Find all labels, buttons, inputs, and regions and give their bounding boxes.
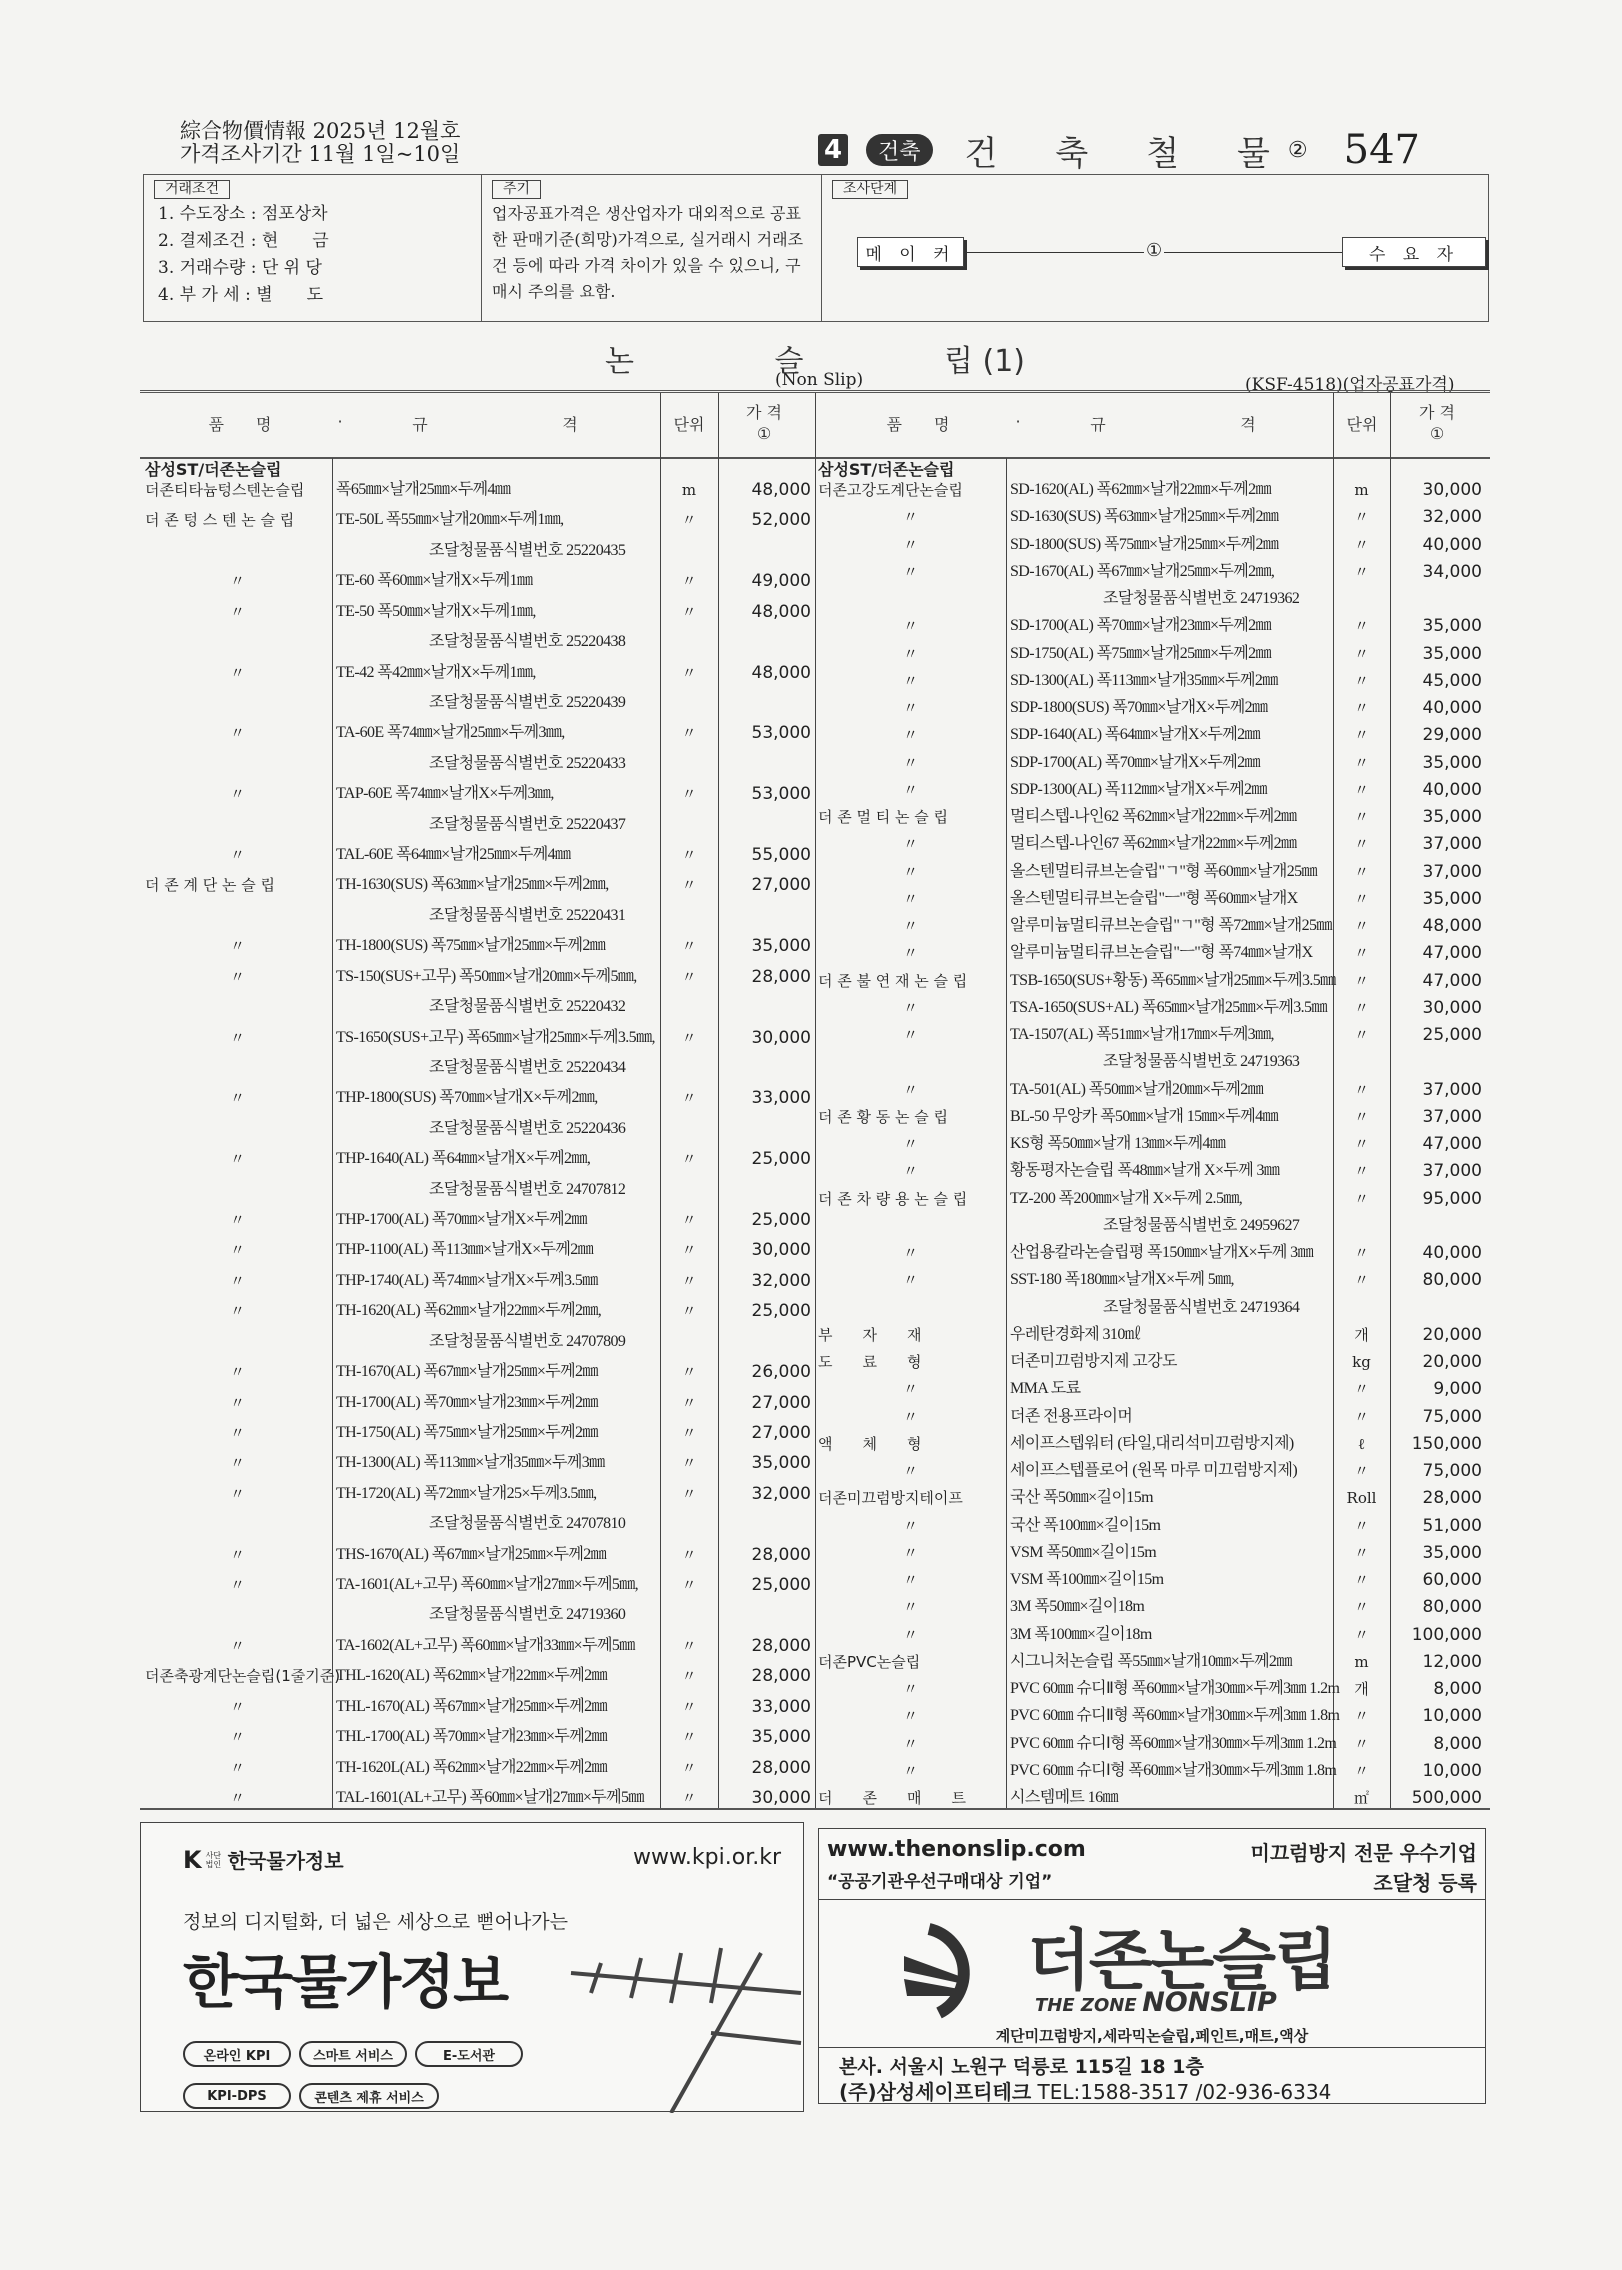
item-spec: THS-1670(AL) 폭67㎜×날개25㎜×두께2㎜ xyxy=(336,1545,606,1565)
item-spec: MMA 도료 xyxy=(1010,1379,1080,1399)
title-char: 논 xyxy=(605,336,634,380)
item-name: 〃 xyxy=(145,723,330,743)
item-spec: 멀티스텝-나인62 폭62㎜×날개22㎜×두께2㎜ xyxy=(1010,807,1296,827)
item-unit: 〃 xyxy=(660,1393,718,1413)
item-name: 액 체 형 xyxy=(818,1434,1003,1454)
item-name: 〃 xyxy=(818,998,1003,1018)
item-price: 27,000 xyxy=(718,875,811,895)
stage-marker: ① xyxy=(1144,240,1164,261)
item-spec: TH-1630(SUS) 폭63㎜×날개25㎜×두께2㎜, xyxy=(336,875,609,895)
item-price: 27,000 xyxy=(718,1393,811,1413)
kpi-logo: K 사단법인 한국물가정보 xyxy=(183,1845,344,1874)
item-price: 26,000 xyxy=(718,1362,811,1382)
item-unit: 〃 xyxy=(1333,1597,1390,1617)
item-name: 〃 xyxy=(818,562,1003,582)
item-price: 500,000 xyxy=(1390,1788,1482,1808)
item-unit: 〃 xyxy=(660,967,718,987)
item-price: 75,000 xyxy=(1390,1461,1482,1481)
item-spec: TA-60E 폭74㎜×날개25㎜×두께3㎜, xyxy=(336,723,565,743)
item-unit: 〃 xyxy=(660,1301,718,1321)
item-price: 80,000 xyxy=(1390,1597,1482,1617)
item-name: 〃 xyxy=(818,1461,1003,1481)
item-unit: 〃 xyxy=(660,1423,718,1443)
item-spec: TH-1300(AL) 폭113㎜×날개35㎜×두께3㎜ xyxy=(336,1453,605,1473)
item-name: 〃 xyxy=(818,535,1003,555)
header-price: 가 격 xyxy=(1391,400,1483,423)
item-spec: 더존미끄럼방지제 고강도 xyxy=(1010,1352,1177,1372)
nonslip-ad-top: www.thenonslip.com “공공기관우선구매대상 기업” 미끄럼방지… xyxy=(819,1829,1485,1900)
item-spec: TA-1602(AL+고무) 폭60㎜×날개33㎜×두께5㎜ xyxy=(336,1636,635,1656)
item-price: 25,000 xyxy=(718,1301,811,1321)
survey-stage: 조사단계 메 이 커 ① 수 요 자 xyxy=(822,175,1488,321)
item-name: 〃 xyxy=(145,663,330,683)
item-price: 95,000 xyxy=(1390,1189,1482,1209)
item-unit: 〃 xyxy=(1333,1161,1390,1181)
publication-title: 綜合物價情報 2025년 12월호 xyxy=(180,120,460,143)
item-name: 〃 xyxy=(145,1484,330,1504)
item-name: 〃 xyxy=(145,1545,330,1565)
item-unit: 〃 xyxy=(660,1453,718,1473)
item-price: 35,000 xyxy=(1390,1543,1482,1563)
item-unit: 〃 xyxy=(1333,1407,1390,1427)
item-unit: ℓ xyxy=(1333,1434,1390,1454)
item-spec: TS-150(SUS+고무) 폭50㎜×날개20㎜×두께5㎜, xyxy=(336,967,637,987)
item-name: 〃 xyxy=(818,753,1003,773)
item-name: 〃 xyxy=(818,1270,1003,1290)
item-price: 28,000 xyxy=(718,967,811,987)
item-spec: THL-1670(AL) 폭67㎜×날개25㎜×두께2㎜ xyxy=(336,1697,607,1717)
item-price: 32,000 xyxy=(718,1271,811,1291)
survey-stage-label: 조사단계 xyxy=(832,180,908,199)
procurement-id: 조달청물품식별번호 24707809 xyxy=(429,1332,625,1352)
trade-condition-item: 3. 거래수량 : 단 위 당 xyxy=(158,255,481,282)
item-spec: 더존 전용프라이머 xyxy=(1010,1407,1132,1427)
item-spec: TS-1650(SUS+고무) 폭65㎜×날개25㎜×두께3.5㎜, xyxy=(336,1028,655,1048)
item-unit: 〃 xyxy=(1333,753,1390,773)
column-divider xyxy=(332,458,333,1808)
item-spec: SDP-1640(AL) 폭64㎜×날개X×두께2㎜ xyxy=(1010,725,1260,745)
item-unit: 〃 xyxy=(1333,1379,1390,1399)
item-price: 35,000 xyxy=(1390,616,1482,636)
item-unit: 〃 xyxy=(1333,725,1390,745)
header-unit: 단위 xyxy=(1333,412,1391,435)
item-price: 80,000 xyxy=(1390,1270,1482,1290)
item-unit: 〃 xyxy=(1333,1134,1390,1154)
item-name: 〃 xyxy=(818,698,1003,718)
item-unit: 개 xyxy=(1333,1679,1390,1699)
kpi-service-button[interactable]: E-도서관 xyxy=(415,2041,523,2067)
item-price: 20,000 xyxy=(1390,1352,1482,1372)
item-name: 〃 xyxy=(818,1570,1003,1590)
item-spec: TH-1700(AL) 폭70㎜×날개23㎜×두께2㎜ xyxy=(336,1393,598,1413)
item-unit: 〃 xyxy=(1333,1543,1390,1563)
item-unit: 〃 xyxy=(1333,807,1390,827)
item-spec: SD-1700(AL) 폭70㎜×날개23㎜×두께2㎜ xyxy=(1010,616,1271,636)
item-name: 〃 xyxy=(818,1161,1003,1181)
section-title: 건축철물 xyxy=(965,126,1328,175)
item-name: 〃 xyxy=(145,1636,330,1656)
kpi-url[interactable]: www.kpi.or.kr xyxy=(633,1845,781,1870)
item-spec: SD-1750(AL) 폭75㎜×날개25㎜×두께2㎜ xyxy=(1010,644,1271,664)
item-spec: 세이프스텝플로어 (원목 마루 미끄럼방지제) xyxy=(1010,1461,1297,1481)
item-price: 32,000 xyxy=(718,1484,811,1504)
item-price: 28,000 xyxy=(718,1758,811,1778)
maker-box: 메 이 커 xyxy=(857,237,964,267)
item-spec: KS형 폭50㎜×날개 13㎜×두께4㎜ xyxy=(1010,1134,1225,1154)
item-price: 53,000 xyxy=(718,784,811,804)
item-price: 51,000 xyxy=(1390,1516,1482,1536)
procurement-id: 조달청물품식별번호 25220438 xyxy=(429,632,625,652)
item-price: 52,000 xyxy=(718,510,811,530)
header-spec-a: 규 xyxy=(400,412,440,435)
item-name: 〃 xyxy=(818,1761,1003,1781)
procurement-id: 조달청물품식별번호 24707810 xyxy=(429,1514,625,1534)
item-price: 55,000 xyxy=(718,845,811,865)
item-unit: 〃 xyxy=(660,1362,718,1382)
item-price: 40,000 xyxy=(1390,535,1482,555)
item-unit: kg xyxy=(1333,1352,1390,1372)
item-unit: 〃 xyxy=(660,1240,718,1260)
item-name: 〃 xyxy=(818,1625,1003,1645)
item-price: 25,000 xyxy=(718,1210,811,1230)
item-spec: TH-1620(AL) 폭62㎜×날개22㎜×두께2㎜, xyxy=(336,1301,601,1321)
item-name: 〃 xyxy=(818,1597,1003,1617)
item-spec: TAL-60E 폭64㎜×날개25㎜×두께4㎜ xyxy=(336,845,570,865)
item-spec: SDP-1800(SUS) 폭70㎜×날개X×두께2㎜ xyxy=(1010,698,1267,718)
item-name: 〃 xyxy=(145,1788,330,1808)
procurement-id: 조달청물품식별번호 24719360 xyxy=(429,1605,625,1625)
item-name: 〃 xyxy=(145,1575,330,1595)
item-name: 〃 xyxy=(145,1423,330,1443)
procurement-id: 조달청물품식별번호 25220434 xyxy=(429,1058,625,1078)
kpi-logo-mark: K xyxy=(183,1846,202,1874)
item-spec: 알루미늄멀티큐브논슬립"ㄱ"형 폭72㎜×날개25㎜ xyxy=(1010,916,1332,936)
item-spec: THP-1800(SUS) 폭70㎜×날개X×두께2㎜, xyxy=(336,1088,598,1108)
item-price: 30,000 xyxy=(718,1788,811,1808)
kpi-advertisement[interactable]: K 사단법인 한국물가정보 www.kpi.or.kr 정보의 디지털화, 더 … xyxy=(140,1822,804,2112)
section-header: 4 건축 건축철물 ② 547 xyxy=(818,126,1420,174)
item-unit: 〃 xyxy=(660,784,718,804)
item-spec: THP-1740(AL) 폭74㎜×날개X×두께3.5㎜ xyxy=(336,1271,598,1291)
item-name: 도 료 형 xyxy=(818,1352,1003,1372)
item-spec: THL-1700(AL) 폭70㎜×날개23㎜×두께2㎜ xyxy=(336,1727,607,1747)
item-unit: 〃 xyxy=(1333,671,1390,691)
item-unit: 〃 xyxy=(1333,698,1390,718)
item-price: 60,000 xyxy=(1390,1570,1482,1590)
trade-conditions-list: 1. 수도장소 : 점포상차2. 결제조건 : 현 금3. 거래수량 : 단 위… xyxy=(158,201,481,309)
item-spec: TH-1620L(AL) 폭62㎜×날개22㎜×두께2㎜ xyxy=(336,1758,607,1778)
item-name: 더존축광계단논슬립(1줄기준) xyxy=(145,1666,330,1686)
item-name: 〃 xyxy=(145,967,330,987)
item-spec: 폭65㎜×날개25㎜×두께4㎜ xyxy=(336,480,510,500)
manufacturer-group: 삼성ST/더존논슬립 xyxy=(145,460,281,480)
item-unit: 〃 xyxy=(660,602,718,622)
item-name: 〃 xyxy=(818,1379,1003,1399)
item-name: 〃 xyxy=(818,1706,1003,1726)
item-price: 28,000 xyxy=(718,1636,811,1656)
item-spec: TZ-200 폭200㎜×날개 X×두께 2.5㎜, xyxy=(1010,1189,1242,1209)
item-price: 47,000 xyxy=(1390,943,1482,963)
item-spec: 세이프스텝워터 (타일,대리석미끄럼방지제) xyxy=(1010,1434,1294,1454)
item-price: 35,000 xyxy=(718,1727,811,1747)
item-name: 더 존 텅 스 텐 논 슬 립 xyxy=(145,510,330,530)
item-spec: THP-1100(AL) 폭113㎜×날개X×두께2㎜ xyxy=(336,1240,593,1260)
procurement-id: 조달청물품식별번호 25220433 xyxy=(429,754,625,774)
item-name: 〃 xyxy=(145,1697,330,1717)
item-name: 더 존 멀 티 논 슬 립 xyxy=(818,807,1003,827)
item-price: 37,000 xyxy=(1390,862,1482,882)
nonslip-url[interactable]: www.thenonslip.com xyxy=(827,1837,1086,1862)
item-unit: 〃 xyxy=(1333,780,1390,800)
kpi-logo-text: 한국물가정보 xyxy=(228,1845,344,1874)
title-english: (Non Slip) xyxy=(775,370,863,390)
item-spec: PVC 60㎜ 슈디Ⅰ형 폭60㎜×날개30㎜×두께3㎜ 1.2m xyxy=(1010,1734,1336,1754)
item-name: 〃 xyxy=(818,1734,1003,1754)
item-price: 33,000 xyxy=(718,1697,811,1717)
item-unit: 〃 xyxy=(1333,1625,1390,1645)
item-spec: PVC 60㎜ 슈디Ⅰ형 폭60㎜×날개30㎜×두께3㎜ 1.8m xyxy=(1010,1761,1336,1781)
item-name: 더존티타늄텅스텐논슬립 xyxy=(145,480,330,500)
procurement-id: 조달청물품식별번호 24719363 xyxy=(1103,1052,1299,1072)
item-price: 12,000 xyxy=(1390,1652,1482,1672)
item-spec: THP-1640(AL) 폭64㎜×날개X×두께2㎜, xyxy=(336,1149,590,1169)
item-spec: 알루미늄멀티큐브논슬립"ㅡ"형 폭74㎜×날개X xyxy=(1010,943,1313,963)
section-number: 4 xyxy=(818,134,848,166)
item-unit: 〃 xyxy=(1333,862,1390,882)
item-spec: SD-1630(SUS) 폭63㎜×날개25㎜×두께2㎜ xyxy=(1010,507,1278,527)
item-name: 〃 xyxy=(145,1028,330,1048)
item-price: 10,000 xyxy=(1390,1706,1482,1726)
item-spec: 올스텐멀티큐브논슬립"ㄱ"형 폭60㎜×날개25㎜ xyxy=(1010,862,1317,882)
nonslip-products: 계단미끄럼방지,세라믹논슬립,페인트,매트,액상 xyxy=(819,2025,1485,2046)
publication-header: 綜合物價情報 2025년 12월호 가격조사기간 11월 1일~10일 xyxy=(180,120,460,166)
item-unit: 〃 xyxy=(660,1271,718,1291)
item-unit: 〃 xyxy=(660,1758,718,1778)
nonslip-logo-icon xyxy=(899,1921,999,2021)
item-unit: 〃 xyxy=(1333,1189,1390,1209)
item-unit: 〃 xyxy=(660,510,718,530)
item-unit: 〃 xyxy=(1333,1516,1390,1536)
item-spec: TH-1720(AL) 폭72㎜×날개25×두께3.5㎜, xyxy=(336,1484,597,1504)
item-spec: 멀티스텝-나인67 폭62㎜×날개22㎜×두께2㎜ xyxy=(1010,834,1296,854)
kpi-service-button[interactable]: 스마트 서비스 xyxy=(299,2041,407,2067)
section-sub-number: ② xyxy=(1288,138,1308,163)
kpi-service-button[interactable]: KPI-DPS xyxy=(183,2083,291,2109)
page-number: 547 xyxy=(1344,127,1420,173)
item-price: 35,000 xyxy=(1390,644,1482,664)
procurement-id: 조달청물품식별번호 25220432 xyxy=(429,997,625,1017)
item-price: 40,000 xyxy=(1390,780,1482,800)
kpi-service-button[interactable]: 콘텐츠 제휴 서비스 xyxy=(299,2083,439,2109)
item-spec: BL-50 무앙카 폭50㎜×날개 15㎜×두께4㎜ xyxy=(1010,1107,1278,1127)
item-unit: 〃 xyxy=(660,663,718,683)
column-divider xyxy=(1390,393,1391,1808)
item-name: 〃 xyxy=(818,862,1003,882)
item-name: 더 존 매 트 xyxy=(818,1788,1003,1808)
procurement-id: 조달청물품식별번호 24959627 xyxy=(1103,1216,1299,1236)
item-spec: TH-1670(AL) 폭67㎜×날개25㎜×두께2㎜ xyxy=(336,1362,598,1382)
item-price: 20,000 xyxy=(1390,1325,1482,1345)
header-name: 품 명 xyxy=(180,412,300,435)
item-price: 30,000 xyxy=(1390,480,1482,500)
item-unit: 〃 xyxy=(660,1666,718,1686)
column-divider xyxy=(1333,393,1334,1808)
item-unit: m xyxy=(1333,480,1390,500)
item-spec: SDP-1700(AL) 폭70㎜×날개X×두께2㎜ xyxy=(1010,753,1260,773)
item-spec: TH-1800(SUS) 폭75㎜×날개25㎜×두께2㎜ xyxy=(336,936,605,956)
item-name: 〃 xyxy=(818,1679,1003,1699)
item-spec: 3M 폭50㎜×길이18m xyxy=(1010,1597,1144,1617)
item-spec: SD-1300(AL) 폭113㎜×날개35㎜×두께2㎜ xyxy=(1010,671,1278,691)
item-spec: TE-50L 폭55㎜×날개20㎜×두께1㎜, xyxy=(336,510,564,530)
header-price-sub: ① xyxy=(1391,424,1483,443)
item-name: 〃 xyxy=(145,1149,330,1169)
item-name: 〃 xyxy=(818,1080,1003,1100)
item-unit: 〃 xyxy=(1333,1570,1390,1590)
item-spec: TA-1507(AL) 폭51㎜×날개17㎜×두께3㎜, xyxy=(1010,1025,1274,1045)
kpi-service-buttons: 온라인 KPI스마트 서비스E-도서관KPI-DPS콘텐츠 제휴 서비스 xyxy=(183,2041,553,2109)
item-spec: PVC 60㎜ 슈디Ⅱ형 폭60㎜×날개30㎜×두께3㎜ 1.8m xyxy=(1010,1706,1339,1726)
item-name: 부 자 재 xyxy=(818,1325,1003,1345)
item-unit: 〃 xyxy=(1333,1270,1390,1290)
nonslip-company: (주)삼성세이프티테크 xyxy=(839,2080,1031,2104)
item-name: 〃 xyxy=(145,1271,330,1291)
item-spec: SD-1670(AL) 폭67㎜×날개25㎜×두께2㎜, xyxy=(1010,562,1274,582)
procurement-id: 조달청물품식별번호 25220437 xyxy=(429,815,625,835)
item-price: 47,000 xyxy=(1390,971,1482,991)
item-spec: 산업용칼라논슬립평 폭150㎜×날개X×두께 3㎜ xyxy=(1010,1243,1313,1263)
item-unit: 〃 xyxy=(1333,998,1390,1018)
item-price: 30,000 xyxy=(1390,998,1482,1018)
item-price: 30,000 xyxy=(718,1240,811,1260)
item-unit: 〃 xyxy=(1333,889,1390,909)
item-price: 9,000 xyxy=(1390,1379,1482,1399)
item-name: 〃 xyxy=(145,1240,330,1260)
conditions-box: 거래조건 1. 수도장소 : 점포상차2. 결제조건 : 현 금3. 거래수량 … xyxy=(143,174,1489,322)
item-unit: 〃 xyxy=(1333,916,1390,936)
nonslip-badge-excellent: 미끄럼방지 전문 우수기업 xyxy=(1251,1837,1477,1866)
item-name: 〃 xyxy=(818,1407,1003,1427)
header-unit: 단위 xyxy=(660,412,718,435)
item-name: 〃 xyxy=(818,780,1003,800)
consumer-box: 수 요 자 xyxy=(1342,237,1486,267)
item-unit: 〃 xyxy=(1333,1461,1390,1481)
brand-en-b: NONSLIP xyxy=(1142,1987,1277,2018)
item-unit: 〃 xyxy=(1333,507,1390,527)
item-unit: 〃 xyxy=(1333,1243,1390,1263)
item-unit: 〃 xyxy=(1333,1761,1390,1781)
item-unit: Roll xyxy=(1333,1488,1390,1508)
nonslip-advertisement[interactable]: www.thenonslip.com “공공기관우선구매대상 기업” 미끄럼방지… xyxy=(818,1828,1486,2104)
item-name: 〃 xyxy=(818,943,1003,963)
item-price: 37,000 xyxy=(1390,1080,1482,1100)
item-spec: PVC 60㎜ 슈디Ⅱ형 폭60㎜×날개30㎜×두께3㎜ 1.2m xyxy=(1010,1679,1339,1699)
item-name: 더존미끄럼방지테이프 xyxy=(818,1488,1003,1508)
item-name: 〃 xyxy=(145,1088,330,1108)
kpi-tagline: 정보의 디지털화, 더 넓은 세상으로 뻗어나가는 xyxy=(183,1907,568,1934)
item-unit: 〃 xyxy=(660,1210,718,1230)
nonslip-contact: (주)삼성세이프티테크 TEL:1588-3517 /02-936-6334 xyxy=(839,2076,1331,2105)
item-unit: 〃 xyxy=(660,1788,718,1808)
item-unit: 〃 xyxy=(660,1028,718,1048)
item-name: 〃 xyxy=(145,1453,330,1473)
trade-condition-item: 1. 수도장소 : 점포상차 xyxy=(158,201,481,228)
item-spec: TH-1750(AL) 폭75㎜×날개25㎜×두께2㎜ xyxy=(336,1423,598,1443)
item-name: 〃 xyxy=(145,602,330,622)
item-name: 더 존 불 연 재 논 슬 립 xyxy=(818,971,1003,991)
item-price: 27,000 xyxy=(718,1423,811,1443)
item-name: 〃 xyxy=(145,1393,330,1413)
item-name: 〃 xyxy=(818,725,1003,745)
item-unit: 〃 xyxy=(1333,1706,1390,1726)
item-name: 〃 xyxy=(818,1025,1003,1045)
item-price: 35,000 xyxy=(1390,753,1482,773)
note-section: 주기 업자공표가격은 생산업자가 대외적으로 공표한 판매기준(희망)가격으로,… xyxy=(482,175,822,321)
note-label: 주기 xyxy=(492,180,541,199)
item-unit: m xyxy=(1333,1652,1390,1672)
header-dot: · xyxy=(330,412,350,431)
item-unit: 〃 xyxy=(660,1636,718,1656)
item-price: 150,000 xyxy=(1390,1434,1482,1454)
item-name: 더 존 황 동 논 슬 립 xyxy=(818,1107,1003,1127)
item-spec: TE-42 폭42㎜×날개X×두께1㎜, xyxy=(336,663,536,683)
item-unit: 〃 xyxy=(1333,644,1390,664)
item-name: 〃 xyxy=(145,1362,330,1382)
item-spec: SST-180 폭180㎜×날개X×두께 5㎜, xyxy=(1010,1270,1234,1290)
header-dot: · xyxy=(1008,412,1028,431)
item-name: 〃 xyxy=(818,1134,1003,1154)
item-spec: 시그니처논슬립 폭55㎜×날개10㎜×두께2㎜ xyxy=(1010,1652,1292,1672)
item-price: 28,000 xyxy=(718,1545,811,1565)
item-name: 〃 xyxy=(818,1516,1003,1536)
manufacturer-group: 삼성ST/더존논슬립 xyxy=(818,460,954,480)
item-unit: 〃 xyxy=(1333,1080,1390,1100)
item-name: 더 존 계 단 논 슬 립 xyxy=(145,875,330,895)
item-unit: 〃 xyxy=(660,1088,718,1108)
item-name: 〃 xyxy=(145,845,330,865)
table-bottom-rule xyxy=(140,1808,1490,1810)
item-name: 〃 xyxy=(818,507,1003,527)
item-spec: VSM 폭50㎜×길이15m xyxy=(1010,1543,1156,1563)
nonslip-tel: TEL:1588-3517 /02-936-6334 xyxy=(1038,2080,1332,2104)
item-name: 〃 xyxy=(145,1210,330,1230)
item-price: 10,000 xyxy=(1390,1761,1482,1781)
item-unit: 〃 xyxy=(660,1484,718,1504)
item-spec: TE-50 폭50㎜×날개X×두께1㎜, xyxy=(336,602,536,622)
item-price: 48,000 xyxy=(1390,916,1482,936)
procurement-id: 조달청물품식별번호 24719362 xyxy=(1103,589,1299,609)
nonslip-address: 본사. 서울시 노원구 덕릉로 115길 18 1층 xyxy=(839,2052,1204,2079)
item-unit: 〃 xyxy=(660,875,718,895)
item-unit: ㎡ xyxy=(1333,1788,1390,1808)
item-name: 〃 xyxy=(145,1758,330,1778)
antenna-illustration-icon xyxy=(561,1933,805,2113)
item-price: 47,000 xyxy=(1390,1134,1482,1154)
kpi-service-button[interactable]: 온라인 KPI xyxy=(183,2041,291,2067)
item-spec: 올스텐멀티큐브논슬립"ㅡ"형 폭60㎜×날개X xyxy=(1010,889,1298,909)
header-price-sub: ① xyxy=(718,424,810,443)
item-price: 40,000 xyxy=(1390,698,1482,718)
item-spec: 국산 폭50㎜×길이15m xyxy=(1010,1488,1153,1508)
header-price: 가 격 xyxy=(718,400,810,423)
item-unit: 〃 xyxy=(1333,1025,1390,1045)
item-unit: 〃 xyxy=(660,845,718,865)
item-spec: 3M 폭100㎜×길이18m xyxy=(1010,1625,1152,1645)
procurement-id: 조달청물품식별번호 24719364 xyxy=(1103,1298,1299,1318)
item-spec: TSB-1650(SUS+황동) 폭65㎜×날개25㎜×두께3.5㎜ xyxy=(1010,971,1336,991)
item-price: 35,000 xyxy=(718,1453,811,1473)
item-price: 49,000 xyxy=(718,571,811,591)
